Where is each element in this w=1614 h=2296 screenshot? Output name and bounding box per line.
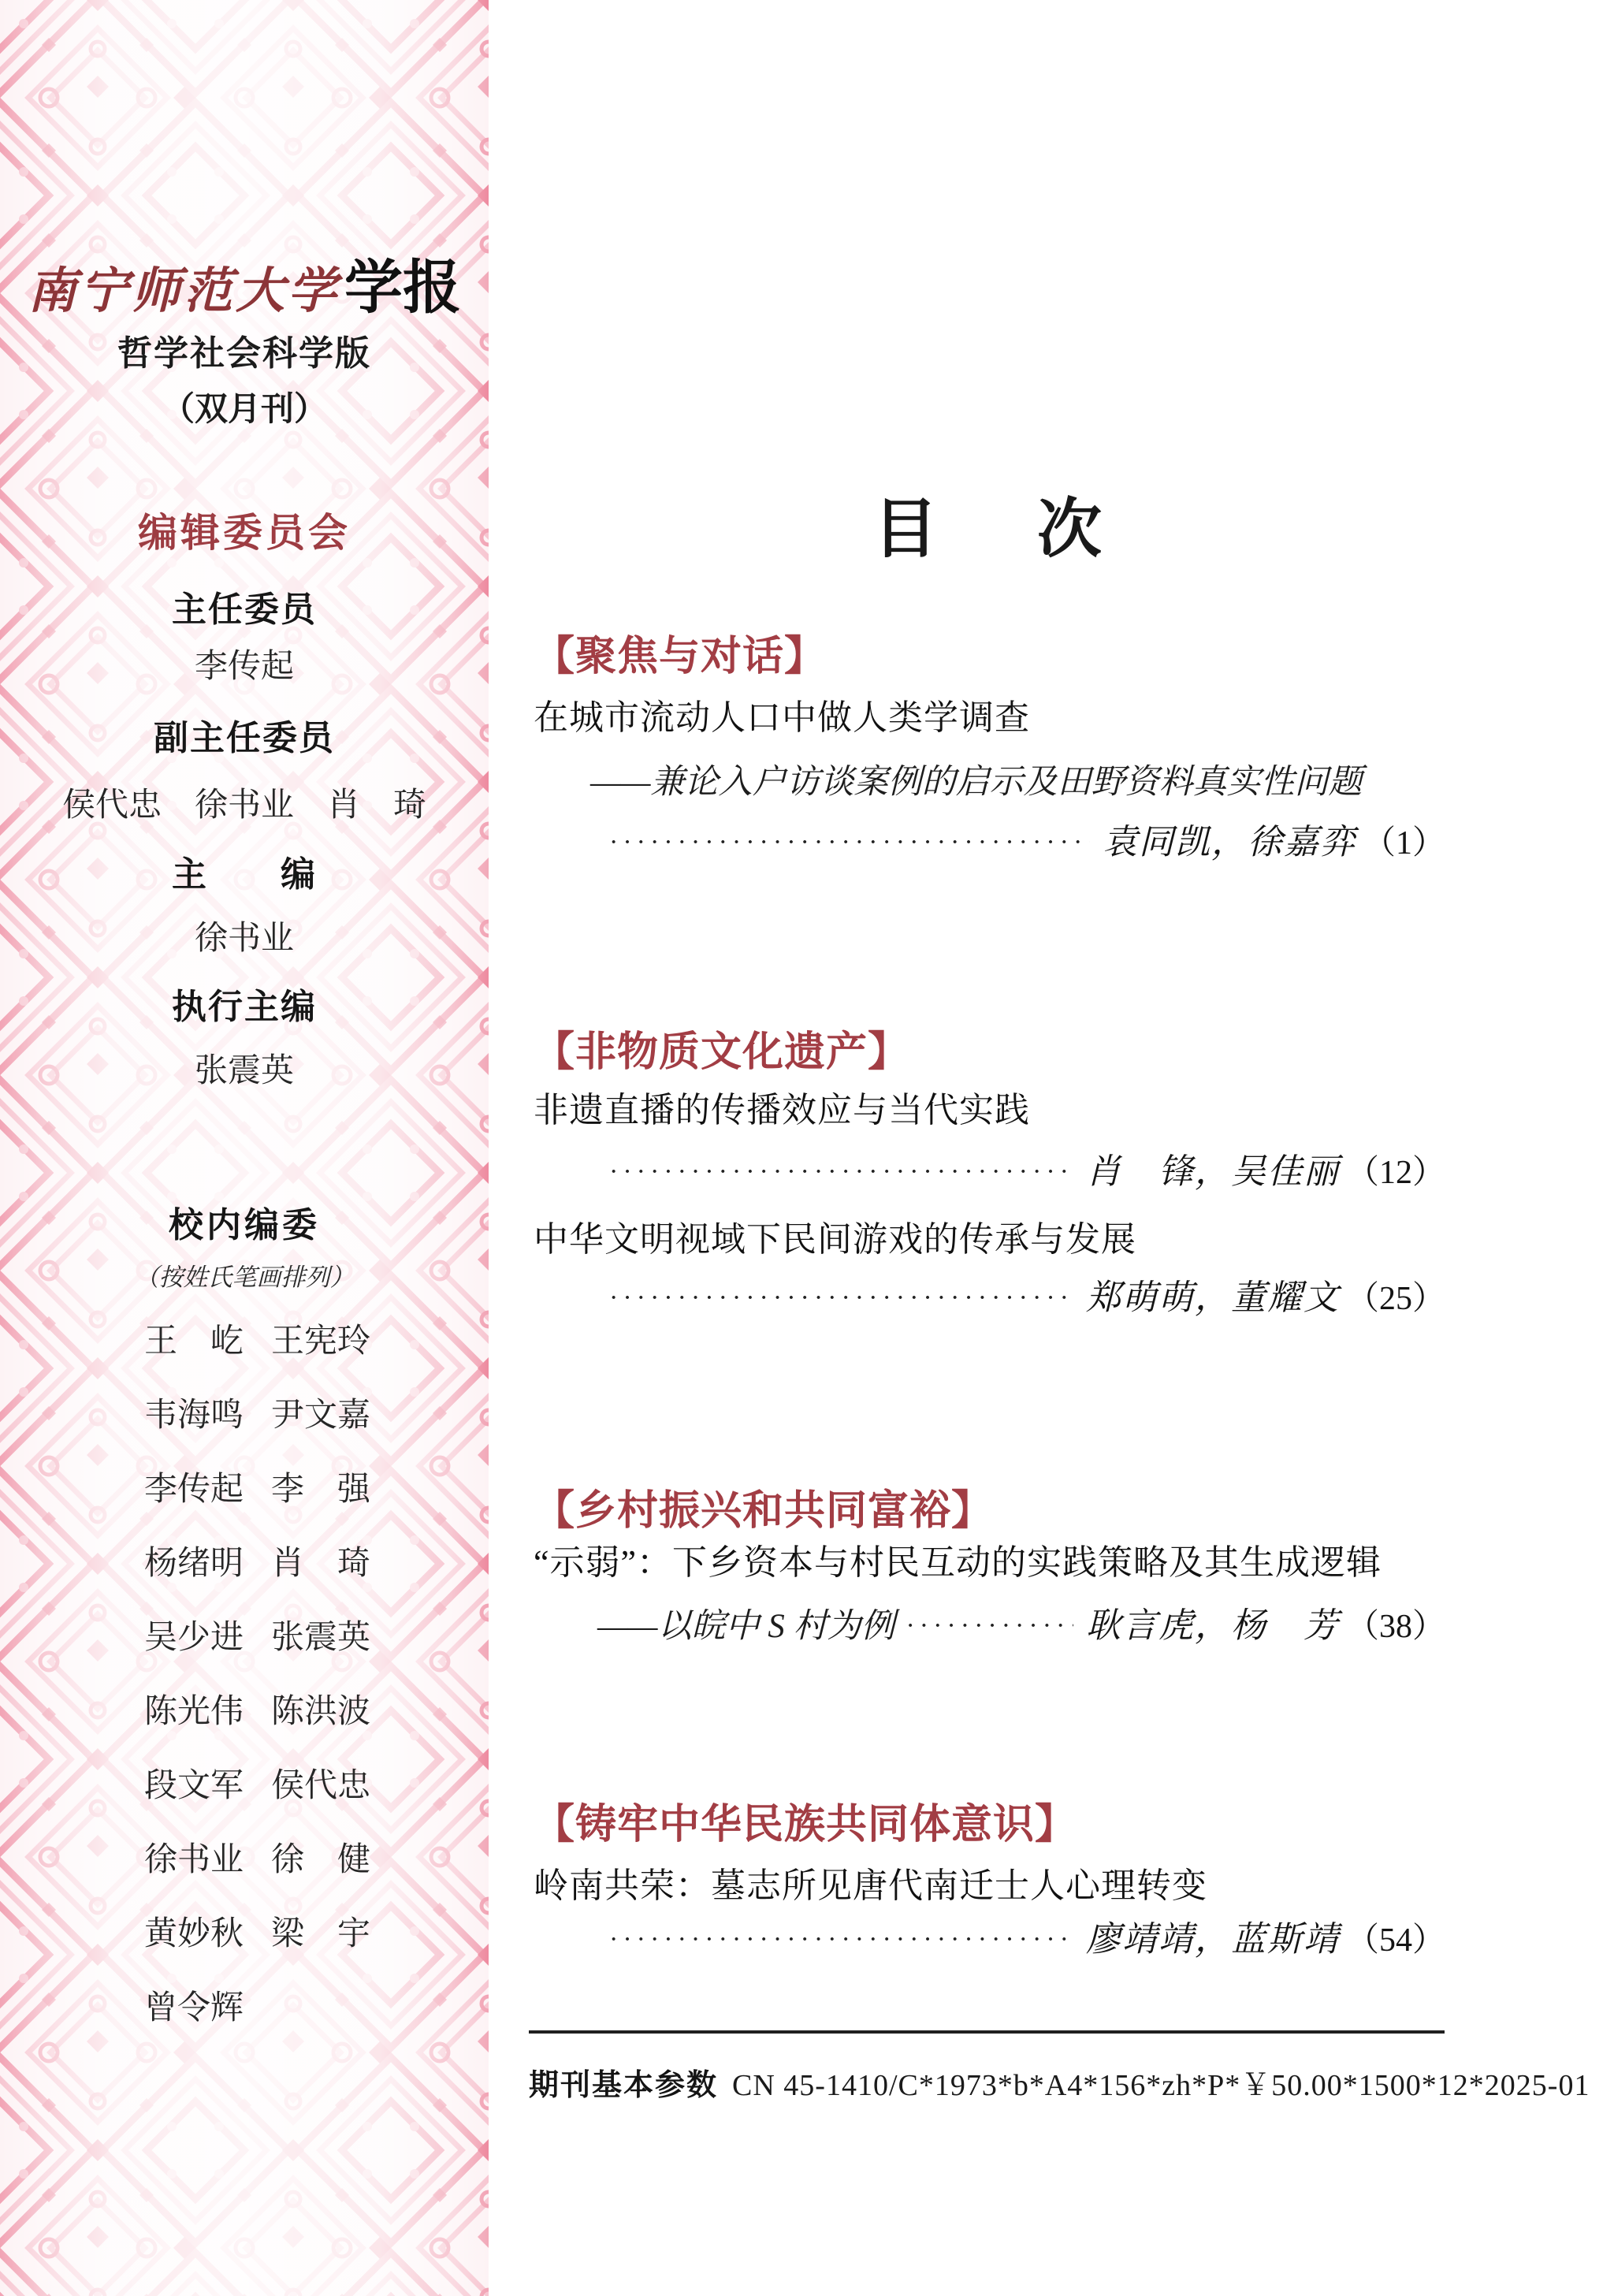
- leader-dots: ········································…: [609, 1157, 1073, 1187]
- committee-name: 尹文嘉: [271, 1397, 370, 1434]
- committee-name: 张震英: [271, 1620, 370, 1656]
- role-label-director: 主任委员: [0, 581, 489, 631]
- article-page-number: （12）: [1346, 1146, 1445, 1193]
- journal-cover-sidebar: 南宁师范大学学报 哲学社会科学版 （双月刊） 编辑委员会 主任委员 李传起 副主…: [0, 0, 489, 2296]
- journal-parameters-label: 期刊基本参数: [529, 2069, 718, 2102]
- committee-name-row: 李传起李 强: [144, 1463, 444, 1510]
- committee-name: 曾令辉: [144, 1982, 271, 2029]
- article-title: 岭南共荣：墓志所见唐代南迁士人心理转变: [534, 1857, 1207, 1907]
- committee-title: 校内编委: [0, 1196, 489, 1247]
- role-names-deputy-director: 侯代忠 徐书业 肖 琦: [0, 779, 489, 826]
- committee-name-row: 徐书业徐 健: [144, 1833, 444, 1881]
- footer-divider-rule: [529, 2030, 1445, 2034]
- toc-section-header: 【非物质文化遗产】: [534, 1018, 909, 1077]
- toc-section-header: 【铸牢中华民族共同体意识】: [534, 1791, 1077, 1850]
- committee-name: 韦海鸣: [144, 1389, 271, 1436]
- article-title: “示弱”：下乡资本与村民互动的实践策略及其生成逻辑: [534, 1534, 1382, 1584]
- committee-name: 黄妙秋: [144, 1907, 271, 1955]
- committee-name: 李传起: [144, 1463, 271, 1510]
- committee-name: 吴少进: [144, 1611, 271, 1658]
- toc-title: 目 次: [873, 478, 1119, 570]
- committee-name: 徐 健: [271, 1842, 370, 1878]
- committee-name-row: 王 屹王宪玲: [144, 1315, 444, 1362]
- committee-name-row: 段文军侯代忠: [144, 1759, 444, 1807]
- leader-dots: ········································…: [609, 828, 1090, 858]
- committee-name: 梁 宇: [271, 1916, 370, 1952]
- committee-name: 段文军: [144, 1759, 271, 1807]
- article-author-line: ········································…: [609, 1143, 1445, 1193]
- leader-dots: ········································…: [609, 1283, 1073, 1313]
- article-title: 中华文明视域下民间游戏的传承与发展: [534, 1211, 1136, 1261]
- article-page-number: （38）: [1346, 1600, 1445, 1647]
- committee-name: 肖 琦: [271, 1546, 370, 1582]
- toc-section-header: 【乡村振兴和共同富裕】: [534, 1477, 993, 1536]
- committee-name: 陈洪波: [271, 1694, 370, 1730]
- committee-name-row: 吴少进张震英: [144, 1611, 444, 1658]
- toc-page: 目 次 【聚焦与对话】 在城市流动人口中做人类学调查 ——兼论入户访谈案例的启示…: [489, 0, 1614, 2296]
- committee-name: 陈光伟: [144, 1685, 271, 1732]
- article-page-number: （25）: [1346, 1272, 1445, 1319]
- role-label-deputy-director: 副主任委员: [0, 709, 489, 760]
- article-author-line: ········································…: [609, 813, 1445, 864]
- committee-name-row: 陈光伟陈洪波: [144, 1685, 444, 1732]
- role-label-executive-editor: 执行主编: [0, 978, 489, 1029]
- article-title: 非遗直播的传播效应与当代实践: [534, 1081, 1030, 1132]
- article-author-line: ········································…: [609, 1911, 1445, 1961]
- article-authors: 袁同凯，徐嘉弈: [1103, 813, 1356, 864]
- leader-dots: ········································…: [609, 1925, 1073, 1955]
- journal-edition: 哲学社会科学版: [0, 325, 489, 375]
- committee-name-row: 韦海鸣尹文嘉: [144, 1389, 444, 1436]
- committee-name-row: 杨绪明肖 琦: [144, 1537, 444, 1584]
- committee-name: 王 屹: [144, 1315, 271, 1362]
- article-subtitle-inline: ——以皖中 S 村为例: [597, 1599, 894, 1647]
- article-author-line: ——以皖中 S 村为例 ····························…: [597, 1597, 1445, 1647]
- journal-frequency: （双月刊）: [0, 383, 489, 430]
- committee-name-row: 黄妙秋梁 宇: [144, 1907, 444, 1955]
- journal-parameters-value: CN 45-1410/C*1973*b*A4*156*zh*P*￥50.00*1…: [732, 2069, 1590, 2102]
- committee-sort-note: （按姓氏笔画排列）: [0, 1257, 489, 1293]
- article-author-line: ········································…: [609, 1269, 1445, 1319]
- editorial-board-title: 编辑委员会: [0, 501, 489, 558]
- committee-name: 徐书业: [144, 1833, 271, 1881]
- role-label-chief-editor: 主 编: [0, 846, 489, 896]
- article-title: 在城市流动人口中做人类学调查: [534, 689, 1030, 739]
- article-authors: 廖靖靖，蓝斯靖: [1086, 1911, 1340, 1961]
- role-names-director: 李传起: [0, 640, 489, 687]
- leader-dots: ········································…: [906, 1611, 1073, 1641]
- journal-parameters-line: 期刊基本参数CN 45-1410/C*1973*b*A4*156*zh*P*￥5…: [529, 2060, 1590, 2104]
- article-authors: 耿言虎，杨 芳: [1086, 1597, 1340, 1647]
- journal-name-calligraphy: 南宁师范大学: [28, 265, 340, 318]
- role-names-executive-editor: 张震英: [0, 1044, 489, 1092]
- role-names-chief-editor: 徐书业: [0, 912, 489, 959]
- journal-logo: 南宁师范大学学报: [0, 241, 489, 325]
- article-subtitle: ——兼论入户访谈案例的启示及田野资料真实性问题: [590, 755, 1362, 803]
- article-page-number: （54）: [1346, 1914, 1445, 1961]
- journal-name-suffix: 学报: [344, 255, 461, 320]
- committee-name: 王宪玲: [271, 1323, 370, 1360]
- article-page-number: （1）: [1363, 817, 1445, 864]
- committee-name: 侯代忠: [271, 1768, 370, 1804]
- committee-name: 杨绪明: [144, 1537, 271, 1584]
- committee-name-row: 曾令辉: [144, 1982, 444, 2029]
- article-authors: 郑萌萌，董耀文: [1086, 1269, 1340, 1319]
- article-authors: 肖 锋，吴佳丽: [1086, 1143, 1340, 1193]
- toc-section-header: 【聚焦与对话】: [534, 623, 826, 682]
- committee-name: 李 强: [271, 1472, 370, 1508]
